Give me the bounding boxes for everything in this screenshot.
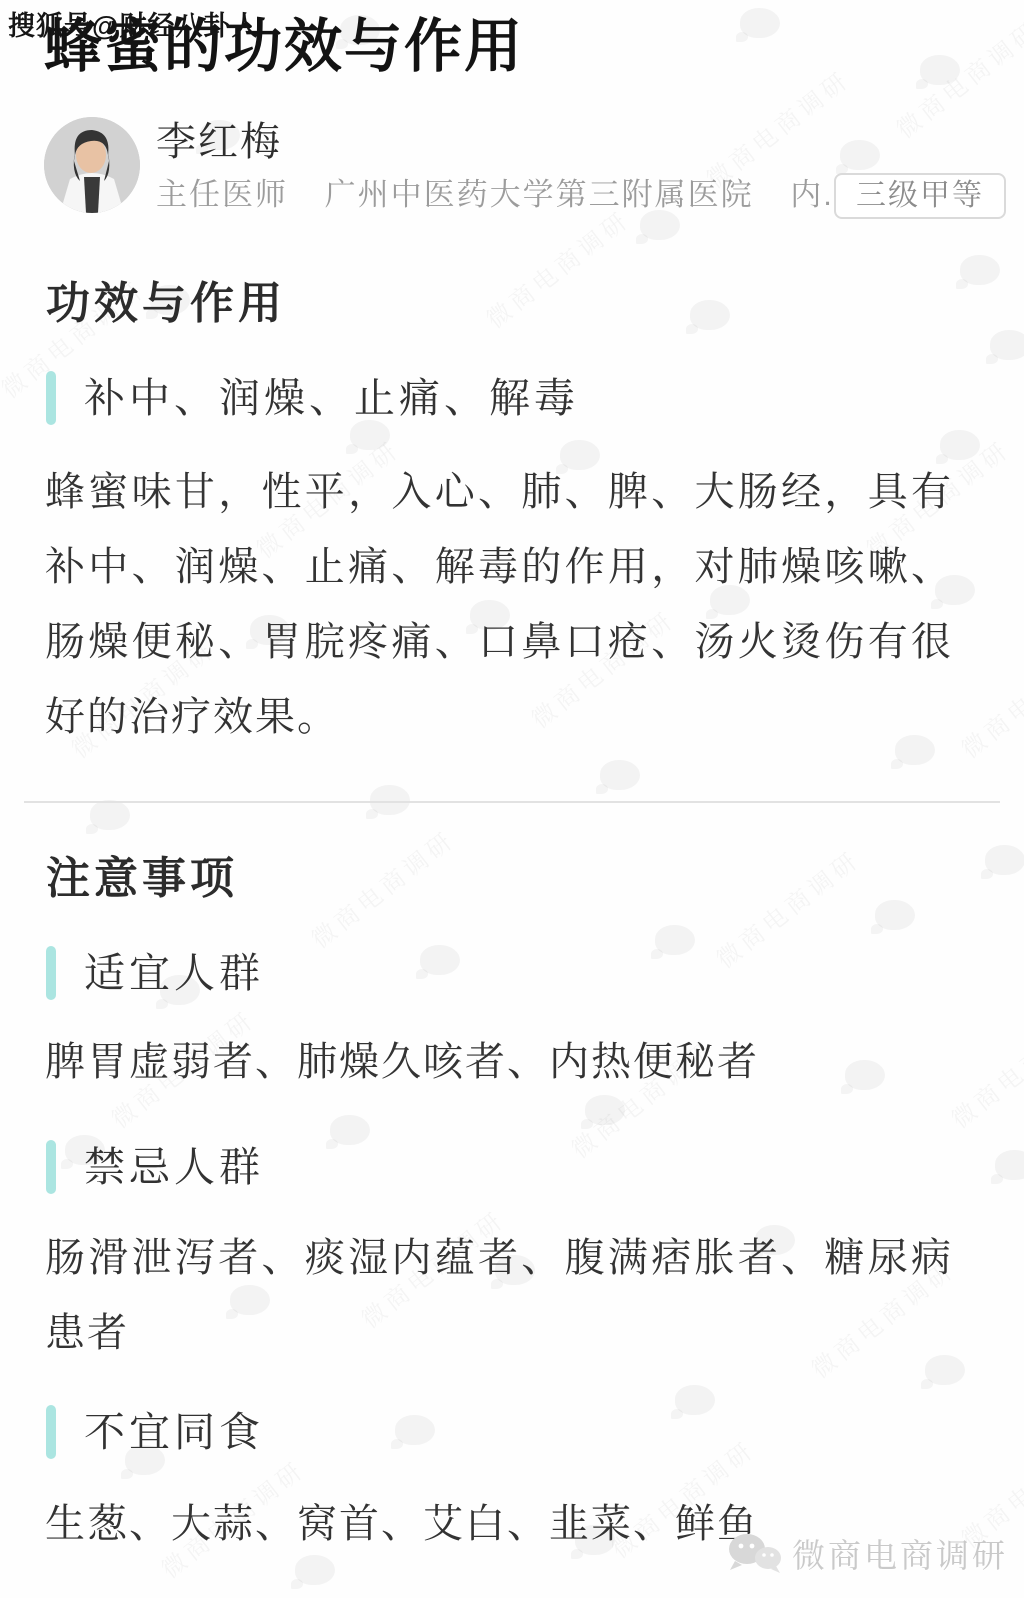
- watermark-bubble-icon: [600, 760, 640, 790]
- notes-contraindicated-row: 禁忌人群: [46, 1140, 264, 1194]
- watermark-bubble-icon: [330, 1115, 370, 1145]
- quote-bar-icon: [46, 371, 56, 425]
- watermark-bubble-icon: [985, 845, 1024, 875]
- quote-bar-icon: [46, 1405, 56, 1459]
- author-card[interactable]: 李红梅 主任医师 广州中医药大学第三附属医院 内... 三级甲等: [0, 110, 1024, 220]
- article-page: 微商电商调研微商电商调研微商电商调研微商电商调研微商电商调研微商电商调研微商电商…: [0, 0, 1024, 1598]
- watermark-text: 微商电商调研: [303, 820, 462, 955]
- watermark-bubble-icon: [990, 330, 1024, 360]
- author-hospital: 广州中医药大学第三附属医院: [325, 177, 754, 212]
- notes-suitable-body: 脾胃虚弱者、肺燥久咳者、内热便秘者: [45, 1025, 953, 1100]
- sohu-account-watermark: 搜狐号@财经八卦人: [8, 4, 259, 43]
- quote-bar-icon: [46, 1140, 56, 1194]
- effects-body: 蜂蜜味甘，性平，入心、肺、脾、大肠经，具有补中、润燥、止痛、解毒的作用，对肺燥咳…: [45, 455, 953, 755]
- doctor-avatar[interactable]: [44, 117, 140, 213]
- watermark-bubble-icon: [875, 900, 915, 930]
- watermark-bubble-icon: [995, 1150, 1024, 1180]
- notes-contraindicated-body: 肠滑泄泻者、痰湿内蕴者、腹满痞胀者、糖尿病患者: [45, 1221, 953, 1371]
- watermark-text: 微商电商调研: [953, 630, 1024, 765]
- watermark-bubble-icon: [420, 945, 460, 975]
- wechat-bubbles-icon: [726, 1532, 784, 1576]
- watermark-bubble-icon: [675, 1385, 715, 1415]
- author-meta: 主任医师 广州中医药大学第三附属医院 内...: [156, 176, 855, 214]
- watermark-bubble-icon: [395, 1415, 435, 1445]
- author-name: 李红梅: [156, 118, 282, 166]
- watermark-bubble-icon: [655, 925, 695, 955]
- notes-suitable-label: 适宜人群: [84, 946, 264, 1000]
- effects-summary-row: 补中、润燥、止痛、解毒: [46, 371, 579, 425]
- watermark-text: 微商电商调研: [943, 1000, 1024, 1135]
- notes-avoid-with-row: 不宜同食: [46, 1405, 264, 1459]
- section-divider: [24, 801, 1000, 803]
- brand-watermark-text: 微商电商调研: [792, 1530, 1008, 1577]
- watermark-text: 微商电商调研: [478, 200, 637, 335]
- watermark-bubble-icon: [370, 785, 410, 815]
- watermark-bubble-icon: [690, 300, 730, 330]
- watermark-bubble-icon: [920, 55, 960, 85]
- watermark-text: 微商电商调研: [708, 840, 867, 975]
- author-job-title: 主任医师: [156, 177, 288, 212]
- watermark-bubble-icon: [90, 800, 130, 830]
- section-heading-effects: 功效与作用: [46, 278, 286, 330]
- notes-suitable-row: 适宜人群: [46, 946, 264, 1000]
- brand-watermark: 微商电商调研: [726, 1530, 1008, 1577]
- doctor-photo-icon: [44, 117, 140, 213]
- notes-avoid-with-label: 不宜同食: [84, 1405, 264, 1459]
- section-heading-notes: 注意事项: [46, 853, 238, 905]
- effects-summary-text: 补中、润燥、止痛、解毒: [84, 371, 579, 425]
- watermark-bubble-icon: [740, 8, 780, 38]
- watermark-bubble-icon: [960, 255, 1000, 285]
- hospital-grade-badge: 三级甲等: [834, 173, 1006, 219]
- notes-contraindicated-label: 禁忌人群: [84, 1140, 264, 1194]
- quote-bar-icon: [46, 946, 56, 1000]
